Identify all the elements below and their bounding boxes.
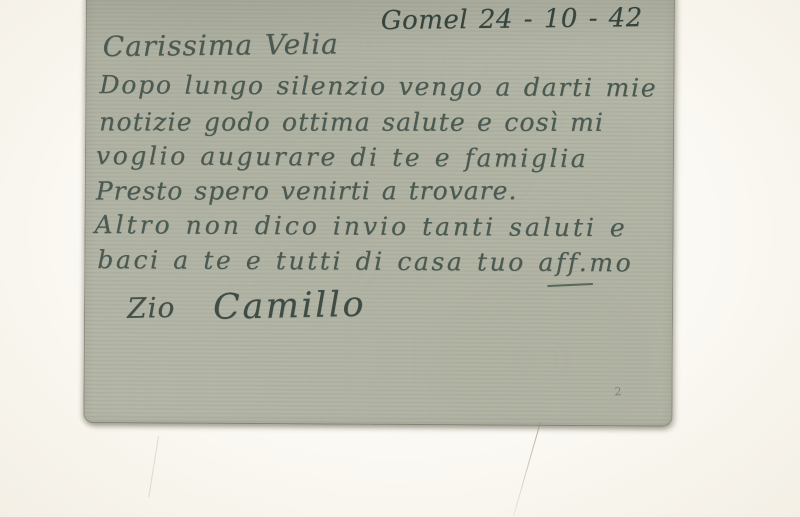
scanned-postcard-page: Gomel 24 - 10 - 42 Carissima Velia Dopo … xyxy=(0,0,800,517)
body-line: Presto spero venirti a trovare. xyxy=(96,176,518,205)
body-line: baci a te e tutti di casa tuo aff.mo xyxy=(97,245,633,277)
salutation: Carissima Velia xyxy=(102,27,338,63)
signature-name: Camillo xyxy=(213,285,367,328)
scan-crease-line xyxy=(148,436,159,497)
body-line: voglio augurare di te e famiglia xyxy=(96,141,588,173)
signature-prefix: Zio xyxy=(127,291,176,325)
pencil-mark: 2 xyxy=(615,385,622,398)
date-line: Gomel 24 - 10 - 42 xyxy=(381,3,643,36)
scan-crease-line xyxy=(513,422,541,516)
body-line: Altro non dico invio tanti saluti e xyxy=(94,210,627,242)
body-line: Dopo lungo silenzio vengo a darti mie xyxy=(99,70,657,102)
body-line: notizie godo ottima salute e così mi xyxy=(99,107,604,136)
signoff-underline-stroke xyxy=(547,283,593,287)
postcard: Gomel 24 - 10 - 42 Carissima Velia Dopo … xyxy=(83,0,675,427)
